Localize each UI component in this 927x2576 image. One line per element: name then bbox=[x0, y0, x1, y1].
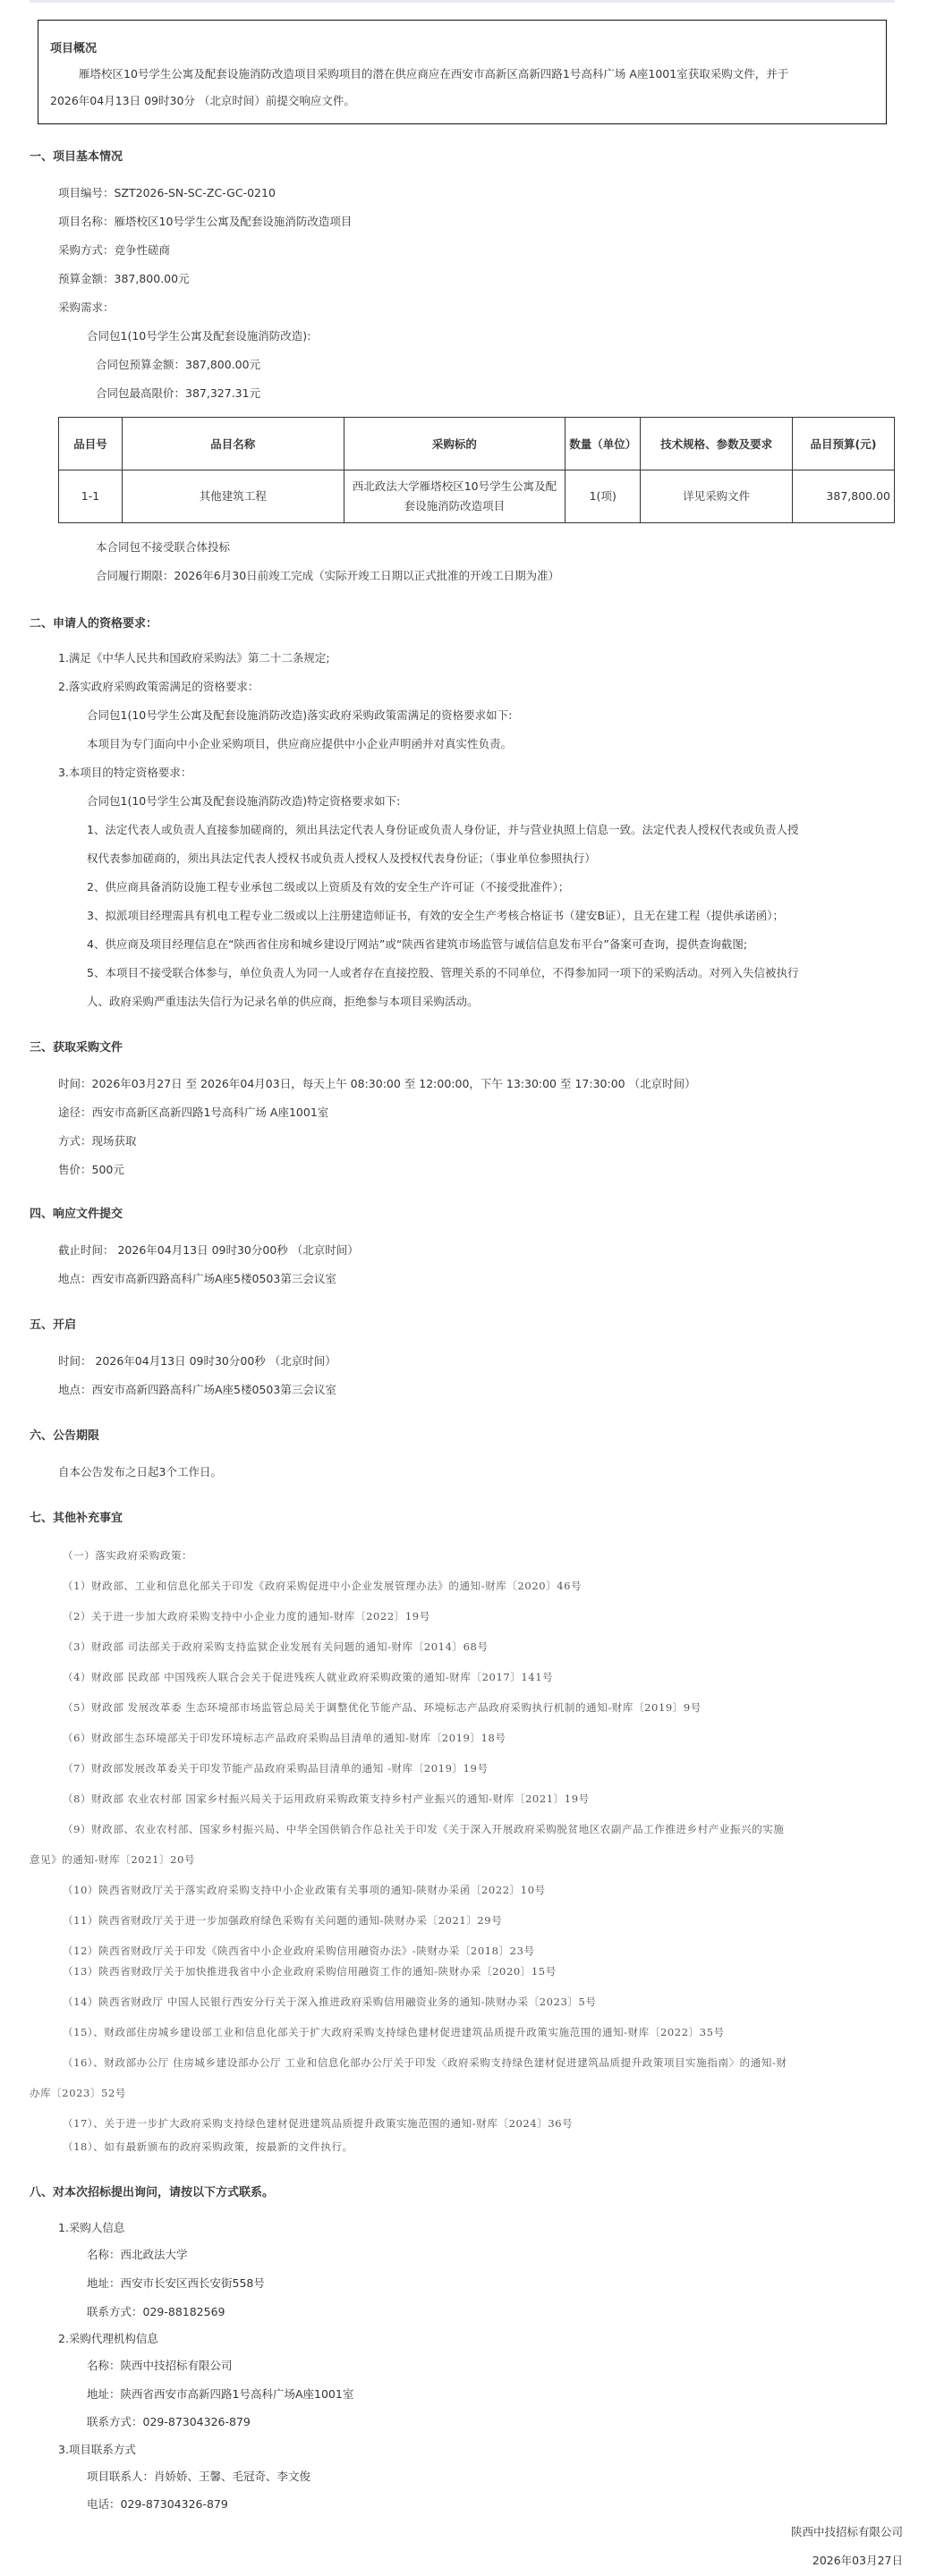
purchaser-contact: 联系方式：029-88182569 bbox=[87, 2305, 225, 2319]
section4-heading: 四、响应文件提交 bbox=[30, 1207, 123, 1222]
submission-deadline: 截止时间： 2026年04月13日 09时30分00秒 （北京时间） bbox=[58, 1243, 359, 1258]
section7-heading: 七、其他补充事宜 bbox=[30, 1512, 123, 1526]
policy-item-9-cont: 意见》的通知-财库〔2021〕20号 bbox=[30, 1852, 195, 1867]
policy-item: （15）、财政部住房城乡建设部工业和信息化部关于扩大政府采购支持绿色建材促进建筑… bbox=[63, 2025, 725, 2039]
col-header-item-name: 品目名称 bbox=[122, 418, 344, 470]
policy-item-16: （16）、财政部办公厅 住房城乡建设部办公厅 工业和信息化部办公厅关于印发〈政府… bbox=[63, 2055, 787, 2070]
document-time: 时间：2026年03月27日 至 2026年04月03日，每天上午 08:30:… bbox=[58, 1077, 696, 1091]
specific-requirement-1: 1、法定代表人或负责人直接参加磋商的，须出具法定代表人身份证或负责人身份证，并与… bbox=[87, 823, 798, 837]
policy-item: （12）陕西省财政厅关于印发《陕西省中小企业政府采购信用融资办法》-陕财办采〔2… bbox=[63, 1944, 535, 1958]
procurement-items-table: 品目号 品目名称 采购标的 数量（单位） 技术规格、参数及要求 品目预算(元) … bbox=[58, 417, 895, 523]
qualification-item: 合同包1(10号学生公寓及配套设施消防改造)落实政府采购政策需满足的资格要求如下… bbox=[87, 708, 512, 723]
agency-name: 名称：陕西中技招标有限公司 bbox=[87, 2359, 233, 2373]
cell-specs: 详见采购文件 bbox=[641, 470, 793, 523]
qualification-item: 3.本项目的特定资格要求： bbox=[58, 766, 191, 780]
policy-item-17: （17）、关于进一步扩大政府采购支持绿色建材促进建筑品质提升政策实施范围的通知-… bbox=[63, 2116, 573, 2131]
contract-period: 合同履行期限：2026年6月30日前竣工完成（实际开竣工日期以正式批准的开竣工日… bbox=[96, 569, 559, 583]
policy-item: （14）陕西省财政厅 中国人民银行西安分行关于深入推进政府采购信用融资业务的通知… bbox=[63, 1995, 597, 2009]
section6-heading: 六、公告期限 bbox=[30, 1429, 99, 1444]
cell-subject: 西北政法大学雁塔校区10号学生公寓及配套设施消防改造项目 bbox=[344, 470, 566, 523]
package-budget: 合同包预算金额：387,800.00元 bbox=[96, 358, 260, 372]
package-max-price: 合同包最高限价：387,327.31元 bbox=[96, 386, 260, 401]
section5-heading: 五、开启 bbox=[30, 1318, 76, 1333]
purchaser-address: 地址：西安市长安区西长安街558号 bbox=[87, 2276, 265, 2291]
document-route: 途径：西安市高新区高新四路1号高科广场 A座1001室 bbox=[58, 1106, 328, 1120]
agency-contact: 联系方式：029-87304326-879 bbox=[87, 2415, 251, 2429]
purchaser-name: 名称：西北政法大学 bbox=[87, 2248, 188, 2262]
policy-item: （4）财政部 民政部 中国残疾人联合会关于促进残疾人就业政府采购政策的通知-财库… bbox=[63, 1670, 553, 1684]
announcement-period: 自本公告发布之日起3个工作日。 bbox=[58, 1465, 222, 1479]
cell-item-name: 其他建筑工程 bbox=[122, 470, 344, 523]
policy-item-16-cont: 办库〔2023〕52号 bbox=[30, 2086, 126, 2100]
policy-item: （13）陕西省财政厅关于加快推进我省中小企业政府采购信用融资工作的通知-陕财办采… bbox=[63, 1964, 557, 1979]
policy-subheading: （一）落实政府采购政策： bbox=[63, 1548, 192, 1563]
cell-quantity: 1(项) bbox=[566, 470, 641, 523]
contract-package-title: 合同包1(10号学生公寓及配套设施消防改造): bbox=[87, 329, 310, 343]
policy-item-9: （9）财政部、农业农村部、国家乡村振兴局、中华全国供销合作总社关于印发《关于深入… bbox=[63, 1822, 785, 1836]
policy-item: （3）财政部 司法部关于政府采购支持监狱企业发展有关问题的通知-财库〔2014〕… bbox=[63, 1640, 489, 1654]
policy-item: （1）财政部、工业和信息化部关于印发《政府采购促进中小企业发展管理办法》的通知-… bbox=[63, 1579, 582, 1593]
section2-heading: 二、申请人的资格要求： bbox=[30, 617, 157, 631]
qualification-item: 1.满足《中华人民共和国政府采购法》第二十二条规定; bbox=[58, 651, 330, 665]
top-divider-bar bbox=[30, 0, 895, 3]
overview-text-line1: 雁塔校区10号学生公寓及配套设施消防改造项目采购项目的潜在供应商应在西安市高新区… bbox=[79, 65, 788, 81]
document-price: 售价：500元 bbox=[58, 1163, 124, 1177]
budget-amount: 预算金额：387,800.00元 bbox=[58, 272, 190, 286]
project-contacts: 项目联系人：肖娇娇、王馨、毛冠奇、李文俊 bbox=[87, 2470, 310, 2484]
agency-info-title: 2.采购代理机构信息 bbox=[58, 2332, 158, 2346]
purchaser-info-title: 1.采购人信息 bbox=[58, 2221, 124, 2235]
opening-location: 地点：西安市高新四路高科广场A座5楼0503第三会议室 bbox=[58, 1383, 336, 1397]
policy-item: （8）财政部 农业农村部 国家乡村振兴局关于运用政府采购政策支持乡村产业振兴的通… bbox=[63, 1792, 590, 1806]
specific-requirement-3: 3、拟派项目经理需具有机电工程专业二级或以上注册建造师证书，有效的安全生产考核合… bbox=[87, 909, 784, 923]
submission-location: 地点：西安市高新四路高科广场A座5楼0503第三会议室 bbox=[58, 1272, 336, 1286]
policy-item-18: （18）、如有最新颁布的政府采购政策，按最新的文件执行。 bbox=[63, 2140, 353, 2154]
col-header-quantity: 数量（单位） bbox=[566, 418, 641, 470]
section8-heading: 八、对本次招标提出询问，请按以下方式联系。 bbox=[30, 2186, 274, 2200]
specific-requirement-5-cont: 人、政府采购严重违法失信行为记录名单的供应商，拒绝参与本项目采购活动。 bbox=[87, 995, 479, 1009]
col-header-budget: 品目预算(元) bbox=[792, 418, 894, 470]
specific-requirement-4: 4、供应商及项目经理信息在“陕西省住房和城乡建设厅网站”或“陕西省建筑市场监管与… bbox=[87, 937, 747, 952]
agency-address: 地址：陕西省西安市高新四路1号高科广场A座1001室 bbox=[87, 2387, 353, 2402]
overview-text-line2: 2026年04月13日 09时30分 （北京时间）前提交响应文件。 bbox=[50, 92, 355, 108]
document-method: 方式：现场获取 bbox=[58, 1134, 137, 1148]
project-name: 项目名称：雁塔校区10号学生公寓及配套设施消防改造项目 bbox=[58, 215, 352, 229]
cell-item-no: 1-1 bbox=[59, 470, 123, 523]
qualification-item: 本项目为专门面向中小企业采购项目，供应商应提供中小企业声明函并对真实性负责。 bbox=[87, 737, 512, 751]
col-header-subject: 采购标的 bbox=[344, 418, 566, 470]
signature-date: 2026年03月27日 bbox=[812, 2554, 903, 2568]
col-header-specs: 技术规格、参数及要求 bbox=[641, 418, 793, 470]
no-consortium-note: 本合同包不接受联合体投标 bbox=[96, 540, 230, 555]
procurement-method: 采购方式：竞争性磋商 bbox=[58, 243, 170, 258]
policy-item: （2）关于进一步加大政府采购支持中小企业力度的通知-财库〔2022〕19号 bbox=[63, 1609, 430, 1623]
opening-time: 时间： 2026年04月13日 09时30分00秒 （北京时间） bbox=[58, 1354, 336, 1368]
overview-title: 项目概况 bbox=[50, 38, 97, 55]
specific-requirement-2: 2、供应商具备消防设施工程专业承包二级或以上资质及有效的安全生产许可证（不接受批… bbox=[87, 880, 569, 894]
project-number: 项目编号：SZT2026-SN-SC-ZC-GC-0210 bbox=[58, 186, 276, 200]
section3-heading: 三、获取采购文件 bbox=[30, 1041, 123, 1055]
policy-item: （10）陕西省财政厅关于落实政府采购支持中小企业政策有关事项的通知-陕财办采函〔… bbox=[63, 1883, 546, 1897]
policy-item: （11）陕西省财政厅关于进一步加强政府绿色采购有关问题的通知-陕财办采〔2021… bbox=[63, 1913, 502, 1928]
specific-requirement-1-cont: 权代表参加磋商的，须出具法定代表人授权书或负责人授权人及授权代表身份证；（事业单… bbox=[87, 852, 596, 866]
project-phone: 电话：029-87304326-879 bbox=[87, 2497, 228, 2512]
policy-item: （6）财政部生态环境部关于印发环境标志产品政府采购品目清单的通知-财库〔2019… bbox=[63, 1731, 506, 1745]
specific-requirement-5: 5、本项目不接受联合体参与，单位负责人为同一人或者存在直接控股、管理关系的不同单… bbox=[87, 966, 798, 980]
section1-heading: 一、项目基本情况 bbox=[30, 150, 123, 165]
cell-budget: 387,800.00 bbox=[792, 470, 894, 523]
table-header-row: 品目号 品目名称 采购标的 数量（单位） 技术规格、参数及要求 品目预算(元) bbox=[59, 418, 895, 470]
policy-item: （7）财政部发展改革委关于印发节能产品政府采购品目清单的通知 -财库〔2019〕… bbox=[63, 1761, 489, 1775]
col-header-item-no: 品目号 bbox=[59, 418, 123, 470]
project-overview-box: 项目概况 雁塔校区10号学生公寓及配套设施消防改造项目采购项目的潜在供应商应在西… bbox=[38, 20, 887, 124]
procurement-demand-label: 采购需求： bbox=[58, 301, 115, 315]
project-contact-title: 3.项目联系方式 bbox=[58, 2443, 136, 2457]
signature-company: 陕西中技招标有限公司 bbox=[791, 2525, 903, 2539]
qualification-item: 合同包1(10号学生公寓及配套设施消防改造)特定资格要求如下: bbox=[87, 794, 400, 809]
table-row: 1-1 其他建筑工程 西北政法大学雁塔校区10号学生公寓及配套设施消防改造项目 … bbox=[59, 470, 895, 523]
qualification-item: 2.落实政府采购政策需满足的资格要求： bbox=[58, 680, 259, 694]
policy-item: （5）财政部 发展改革委 生态环境部市场监管总局关于调整优化节能产品、环境标志产… bbox=[63, 1700, 702, 1715]
